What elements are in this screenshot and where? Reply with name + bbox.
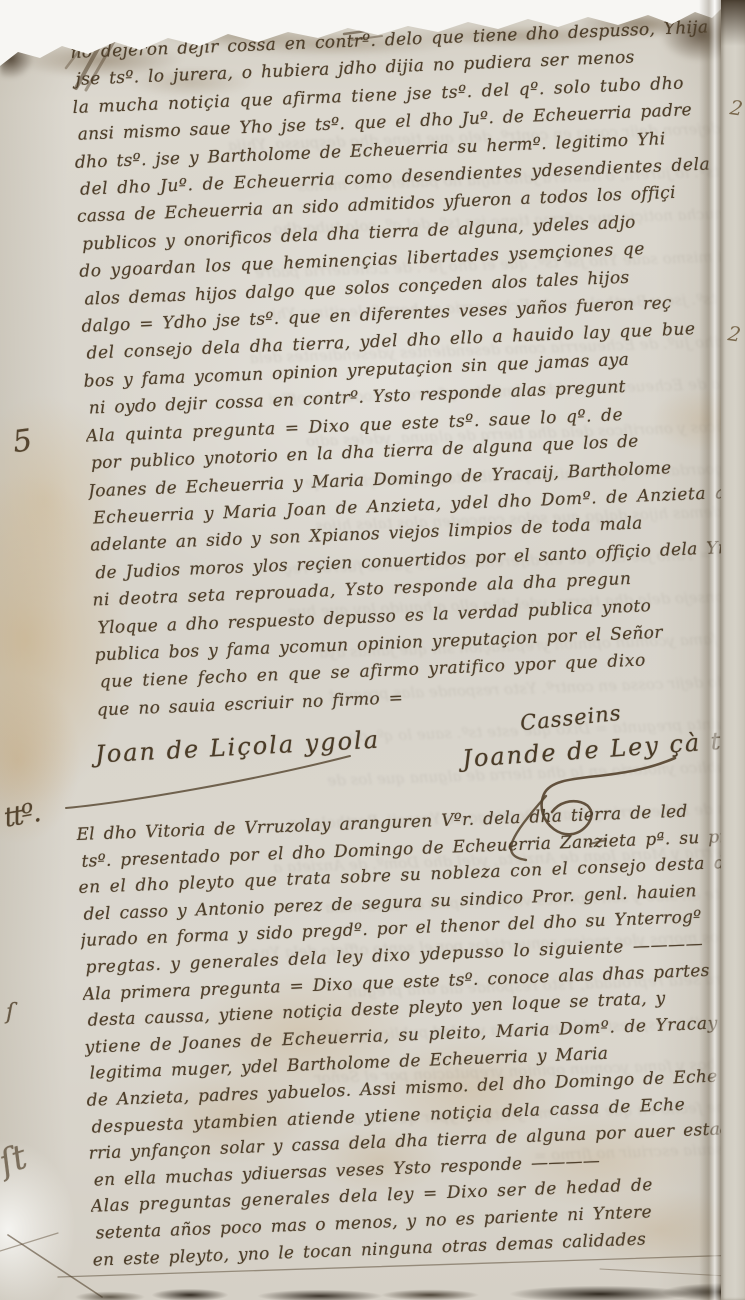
margin-small-mark: ſ (6, 1000, 14, 1025)
page-fold-shadow (699, 0, 721, 1300)
margin-testigo-mark: ttº. (2, 797, 42, 834)
manuscript-page: no dejeron dejir cossa en contrº. delo q… (0, 0, 745, 1300)
deposition-text-block-a: no dejeron dejir cossa en contrº. delo q… (70, 14, 745, 740)
scan-background: no dejeron dejir cossa en contrº. delo q… (0, 0, 745, 1300)
signature-left-tail-stroke (58, 742, 358, 817)
book-bottom-dark-edge (0, 1283, 745, 1300)
deposition-text-block-b: El dho Vitoria de Vrruzolay aranguren Vº… (76, 797, 742, 1292)
next-page-edge (721, 0, 745, 1300)
